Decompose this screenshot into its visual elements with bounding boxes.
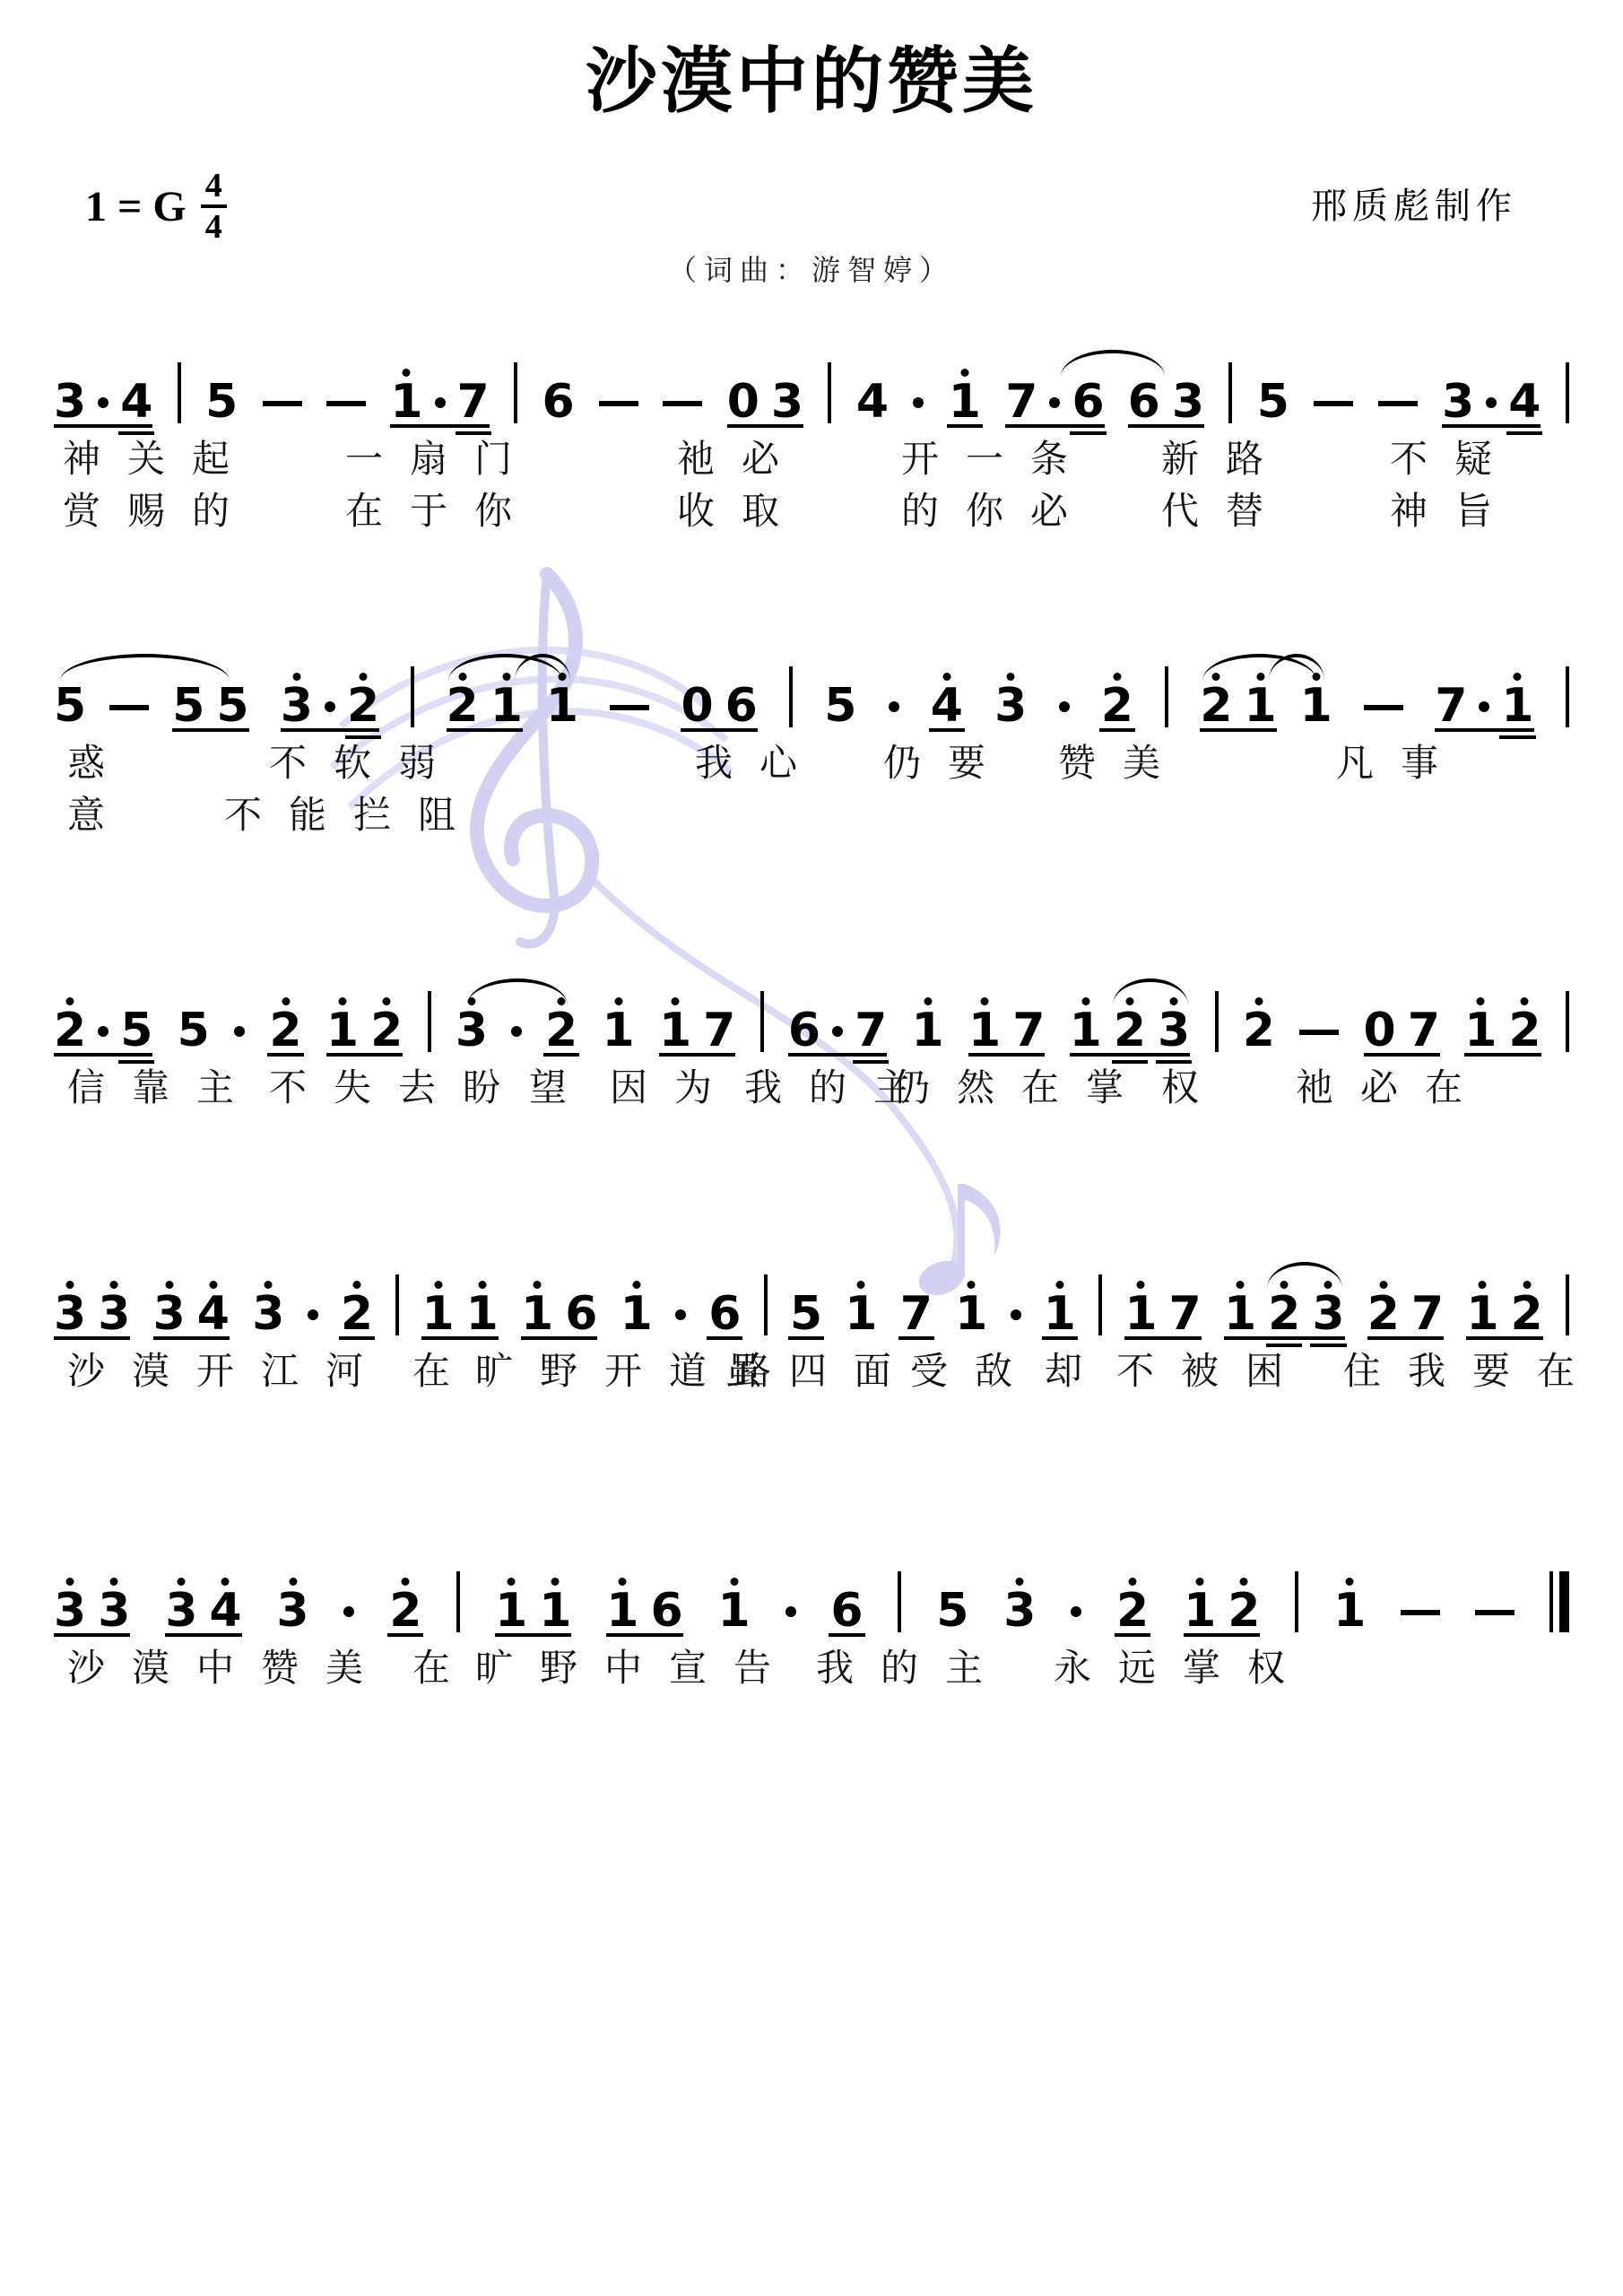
note: 3 bbox=[153, 1296, 186, 1332]
octave-dot bbox=[632, 1281, 640, 1289]
music-system: 333432111616532121沙漠中赞美在旷野中宣告我的主永远掌权 bbox=[54, 1539, 1569, 1697]
octave-dot bbox=[352, 1281, 360, 1289]
octave-dot bbox=[551, 1578, 560, 1586]
beam-line bbox=[54, 424, 152, 428]
lyric-segment: 在于你 bbox=[345, 488, 539, 535]
note-number: 7 bbox=[855, 1013, 887, 1048]
octave-dot bbox=[981, 997, 989, 1005]
barline bbox=[1228, 362, 1232, 423]
beam-line bbox=[390, 424, 489, 428]
note-underline-2 bbox=[1506, 431, 1542, 435]
note: 3 bbox=[1312, 1296, 1344, 1332]
note-number: 4 bbox=[120, 384, 152, 420]
note: 4 bbox=[1508, 384, 1541, 420]
octave-dot bbox=[209, 1281, 217, 1289]
beam-line bbox=[172, 728, 248, 732]
note: 3 bbox=[994, 688, 1027, 724]
octave-dot bbox=[110, 1578, 118, 1586]
beam-line bbox=[1367, 1336, 1444, 1340]
beam-line bbox=[54, 1053, 152, 1057]
note-number: 3 bbox=[54, 384, 86, 420]
lyric-row: 神关起一扇门祂必开一条新路不疑 bbox=[54, 436, 1569, 488]
barline bbox=[1566, 666, 1569, 727]
note: 3 bbox=[98, 1593, 130, 1629]
duration-dash bbox=[1475, 1610, 1515, 1615]
octave-dot bbox=[1007, 673, 1015, 681]
octave-dot bbox=[1137, 1281, 1145, 1289]
note: 1 bbox=[602, 1013, 634, 1048]
note-number: 2 bbox=[1511, 1296, 1543, 1332]
note: 1 bbox=[1333, 1593, 1366, 1629]
note-number: 1 bbox=[1244, 688, 1276, 724]
note-number: 3 bbox=[252, 1296, 284, 1332]
beam-line bbox=[281, 728, 379, 732]
note: 1 bbox=[912, 1013, 944, 1048]
note: 1 bbox=[1044, 1296, 1076, 1332]
note-underline-2 bbox=[1499, 735, 1535, 739]
octave-dot bbox=[66, 1281, 74, 1289]
slur-span: 211 bbox=[447, 688, 579, 724]
beam-group: 21 bbox=[447, 688, 523, 724]
slur-span: 7663 bbox=[1005, 384, 1204, 420]
duration-dash bbox=[263, 401, 302, 406]
note: 3 bbox=[1003, 1593, 1036, 1629]
note-number: 1 bbox=[421, 1296, 454, 1332]
barline bbox=[1295, 1571, 1298, 1632]
lyric-segment: 惑 bbox=[67, 740, 132, 787]
note: 2 bbox=[341, 1296, 373, 1332]
note-number: 0 bbox=[727, 384, 759, 420]
note: 2 bbox=[370, 1013, 403, 1048]
augmentation-dot bbox=[234, 1026, 245, 1037]
octave-dot bbox=[1521, 997, 1529, 1005]
note: 2 bbox=[1268, 1296, 1300, 1332]
beam-line bbox=[326, 1053, 403, 1057]
beam-line bbox=[681, 728, 757, 732]
augmentation-dot bbox=[832, 1026, 843, 1037]
note: 1 bbox=[1124, 1296, 1157, 1332]
beam-line bbox=[521, 1336, 597, 1340]
note-number: 2 bbox=[1101, 688, 1133, 724]
beam-line bbox=[1200, 728, 1276, 732]
note-row: 255212321176711712320712 bbox=[54, 959, 1569, 1065]
note-underline bbox=[707, 1336, 742, 1340]
lyric-segment: 不疑 bbox=[1390, 436, 1519, 483]
octave-dot bbox=[289, 1578, 297, 1586]
augmentation-dot bbox=[308, 1309, 318, 1320]
note-underline bbox=[898, 1336, 934, 1340]
note-underline-2 bbox=[118, 431, 154, 435]
barline bbox=[1165, 666, 1168, 727]
lyric-segment: 凡事 bbox=[1336, 740, 1465, 787]
note-underline bbox=[1042, 1336, 1078, 1340]
octave-dot bbox=[619, 1578, 627, 1586]
note-number: 5 bbox=[824, 688, 856, 724]
note-row: 33343211161651711171232712 bbox=[54, 1242, 1569, 1348]
barline bbox=[828, 362, 831, 423]
note-number: 2 bbox=[1243, 1013, 1275, 1048]
beam-line bbox=[1464, 1053, 1541, 1057]
note: 3 bbox=[54, 384, 86, 420]
note-row: 34517603417663534 bbox=[54, 330, 1569, 436]
beam-group: 34 bbox=[165, 1593, 241, 1629]
note-number: 6 bbox=[565, 1296, 597, 1332]
note-number: 3 bbox=[994, 688, 1027, 724]
note-underline-2 bbox=[345, 735, 381, 739]
note-number: 1 bbox=[968, 1013, 1001, 1048]
lyric-segment: 神旨 bbox=[1390, 488, 1519, 535]
lyric-segment: 祂必 bbox=[677, 436, 806, 483]
octave-dot bbox=[165, 1281, 173, 1289]
note: 7 bbox=[1012, 1013, 1045, 1048]
note-number: 1 bbox=[1501, 688, 1533, 724]
note: 5 bbox=[205, 384, 238, 420]
note-number: 5 bbox=[178, 1013, 210, 1048]
note: 1 bbox=[621, 1296, 653, 1332]
beam-group: 12 bbox=[326, 1013, 403, 1048]
time-signature-numerator: 4 bbox=[201, 169, 227, 208]
note: 7 bbox=[703, 1013, 735, 1048]
note-number: 1 bbox=[602, 1013, 634, 1048]
barline bbox=[456, 1571, 460, 1632]
octave-dot bbox=[265, 1281, 273, 1289]
note-number: 1 bbox=[955, 1296, 987, 1332]
beam-group: 25 bbox=[54, 1013, 152, 1048]
beam-group: 12 bbox=[1464, 1013, 1541, 1048]
rest-note: 0 bbox=[727, 384, 759, 420]
note-underline-2 bbox=[1156, 1060, 1192, 1064]
lyric-segment: 不被困 bbox=[1116, 1348, 1310, 1395]
note: 1 bbox=[1501, 688, 1533, 724]
note-number: 1 bbox=[1184, 1593, 1216, 1629]
beam-group: 03 bbox=[727, 384, 803, 420]
note-row: 5553221106543221171 bbox=[54, 634, 1569, 740]
note-number: 1 bbox=[1466, 1296, 1498, 1332]
octave-dot bbox=[66, 1578, 74, 1586]
beam-group: 34 bbox=[54, 384, 152, 420]
note: 7 bbox=[1005, 384, 1037, 420]
octave-dot bbox=[178, 1578, 186, 1586]
rest-note: 0 bbox=[681, 688, 713, 724]
note: 1 bbox=[1466, 1296, 1498, 1332]
note-underline bbox=[829, 1633, 864, 1637]
lyric-segment: 新路 bbox=[1161, 436, 1290, 483]
beam-line bbox=[1224, 1336, 1345, 1340]
beam-line bbox=[1184, 1633, 1260, 1637]
note: 1 bbox=[1464, 1013, 1497, 1048]
note-number: 7 bbox=[1411, 1296, 1444, 1332]
note: 2 bbox=[1114, 1013, 1146, 1048]
augmentation-dot bbox=[785, 1606, 796, 1617]
duration-dash bbox=[1378, 401, 1418, 406]
note-number: 2 bbox=[341, 1296, 373, 1332]
beam-line bbox=[1466, 1336, 1542, 1340]
note: 3 bbox=[456, 1013, 488, 1048]
note-number: 2 bbox=[1508, 1013, 1541, 1048]
lyric-segment: 在 bbox=[412, 1645, 477, 1692]
note: 3 bbox=[98, 1296, 130, 1332]
note-number: 3 bbox=[1158, 1013, 1190, 1048]
note-number: 7 bbox=[1012, 1013, 1045, 1048]
lyric-segment: 不能拦阻 bbox=[224, 792, 482, 839]
note: 7 bbox=[1169, 1296, 1202, 1332]
key-signature: 1 = G 4 4 bbox=[85, 169, 227, 244]
note: 1 bbox=[326, 1013, 359, 1048]
barline bbox=[898, 1571, 901, 1632]
note-number: 3 bbox=[98, 1593, 130, 1629]
octave-dot bbox=[730, 1578, 738, 1586]
lyric-segment: 代替 bbox=[1161, 488, 1290, 535]
lyric-segment: 开一条 bbox=[901, 436, 1095, 483]
note-number: 5 bbox=[54, 688, 86, 724]
beam-group: 17 bbox=[390, 384, 489, 420]
note-number: 1 bbox=[521, 1296, 553, 1332]
note-number: 5 bbox=[1257, 384, 1289, 420]
beam-group: 123 bbox=[1224, 1296, 1345, 1332]
note-number: 3 bbox=[1312, 1296, 1344, 1332]
note: 5 bbox=[54, 688, 86, 724]
time-signature: 4 4 bbox=[201, 169, 227, 244]
barline bbox=[395, 1274, 399, 1335]
note-number: 1 bbox=[1224, 1296, 1256, 1332]
music-system: 34517603417663534神关起一扇门祂必开一条新路不疑赏赐的在于你收取… bbox=[54, 330, 1569, 540]
note-number: 3 bbox=[54, 1296, 86, 1332]
octave-dot bbox=[672, 997, 680, 1005]
beam-line bbox=[968, 1053, 1045, 1057]
note-underline-2 bbox=[1112, 1060, 1148, 1064]
note: 1 bbox=[539, 1593, 571, 1629]
note: 1 bbox=[495, 1593, 527, 1629]
note-number: 3 bbox=[54, 1593, 86, 1629]
note: 2 bbox=[1511, 1296, 1543, 1332]
octave-dot bbox=[534, 1281, 542, 1289]
note: 7 bbox=[457, 384, 490, 420]
note-number: 2 bbox=[389, 1593, 421, 1629]
beam-group: 11 bbox=[421, 1296, 498, 1332]
note: 6 bbox=[650, 1593, 682, 1629]
note-number: 7 bbox=[1005, 384, 1037, 420]
note-underline bbox=[339, 1336, 375, 1340]
note-number: 2 bbox=[347, 688, 379, 724]
lyric-row: 意不能拦阻 bbox=[54, 792, 1569, 844]
lyric-row: 惑不软弱我心仍要赞美凡事 bbox=[54, 740, 1569, 792]
note-number: 1 bbox=[1333, 1593, 1366, 1629]
beam-group: 12 bbox=[1184, 1593, 1260, 1629]
note-number: 3 bbox=[165, 1593, 197, 1629]
lyric-segment: 受敌 bbox=[910, 1348, 1039, 1395]
octave-dot bbox=[478, 1281, 486, 1289]
note: 1 bbox=[390, 384, 422, 420]
note-number: 6 bbox=[1072, 384, 1104, 420]
note-number: 1 bbox=[466, 1296, 499, 1332]
note-number: 2 bbox=[54, 1013, 86, 1048]
beam-group: 34 bbox=[153, 1296, 230, 1332]
beam-group: 34 bbox=[1442, 384, 1541, 420]
note-number: 3 bbox=[98, 1296, 130, 1332]
lyric-segment: 住我要在 bbox=[1343, 1348, 1601, 1395]
note: 3 bbox=[281, 688, 313, 724]
note-number: 2 bbox=[1114, 1013, 1146, 1048]
note-underline-2 bbox=[118, 1060, 154, 1064]
note-number: 1 bbox=[659, 1013, 691, 1048]
note: 7 bbox=[1408, 1013, 1440, 1048]
note-number: 3 bbox=[281, 688, 313, 724]
beam-group: 17 bbox=[659, 1013, 735, 1048]
note-number: 6 bbox=[725, 688, 758, 724]
note-number: 2 bbox=[1268, 1296, 1300, 1332]
note-number: 3 bbox=[1442, 384, 1474, 420]
note: 6 bbox=[788, 1013, 820, 1048]
note-number: 6 bbox=[650, 1593, 682, 1629]
note: 1 bbox=[1070, 1013, 1102, 1048]
note: 4 bbox=[120, 384, 152, 420]
octave-dot bbox=[1379, 1281, 1387, 1289]
note: 6 bbox=[830, 1593, 863, 1629]
beam-group: 27 bbox=[1367, 1296, 1444, 1332]
note-number: 1 bbox=[546, 688, 578, 724]
music-system: 5553221106543221171惑不软弱我心仍要赞美凡事意不能拦阻 bbox=[54, 634, 1569, 844]
beam-line bbox=[1442, 424, 1541, 428]
note-number: 1 bbox=[912, 1013, 944, 1048]
octave-dot bbox=[402, 1578, 410, 1586]
note-number: 7 bbox=[703, 1013, 735, 1048]
note: 2 bbox=[269, 1013, 301, 1048]
note: 6 bbox=[542, 384, 574, 420]
augmentation-dot bbox=[98, 397, 108, 408]
duration-dash bbox=[1401, 1610, 1440, 1615]
octave-dot bbox=[1081, 997, 1089, 1005]
lyric-segment: 永远掌权 bbox=[1054, 1645, 1312, 1692]
octave-dot bbox=[1237, 1281, 1245, 1289]
note-number: 1 bbox=[1464, 1013, 1497, 1048]
composer-subtitle: （词曲：游智婷） bbox=[0, 248, 1623, 289]
beam-group: 12 bbox=[1466, 1296, 1542, 1332]
note: 1 bbox=[949, 384, 981, 420]
note-row: 333432111616532121 bbox=[54, 1539, 1569, 1645]
note: 4 bbox=[931, 688, 963, 724]
octave-dot bbox=[942, 673, 950, 681]
octave-dot bbox=[110, 1281, 118, 1289]
augmentation-dot bbox=[435, 397, 446, 408]
note-number: 1 bbox=[539, 1593, 571, 1629]
final-barline bbox=[1549, 1571, 1569, 1632]
lyric-segment: 权 bbox=[1161, 1065, 1226, 1111]
note-number: 1 bbox=[1070, 1013, 1102, 1048]
note-underline-2 bbox=[456, 431, 491, 435]
augmentation-dot bbox=[343, 1606, 354, 1617]
note-number: 7 bbox=[457, 384, 490, 420]
note: 5 bbox=[936, 1593, 968, 1629]
octave-dot bbox=[857, 1281, 865, 1289]
octave-dot bbox=[66, 997, 74, 1005]
note-number: 3 bbox=[1172, 384, 1204, 420]
note-number: 0 bbox=[1364, 1013, 1396, 1048]
lyric-segment: 收取 bbox=[677, 488, 806, 535]
note: 3 bbox=[252, 1296, 284, 1332]
note-number: 3 bbox=[1003, 1593, 1036, 1629]
note-number: 6 bbox=[830, 1593, 863, 1629]
beam-group: 55 bbox=[172, 688, 248, 724]
note: 3 bbox=[771, 384, 803, 420]
lyric-segment: 祂必在 bbox=[1296, 1065, 1489, 1111]
note-number: 1 bbox=[1300, 688, 1332, 724]
augmentation-dot bbox=[98, 1026, 108, 1037]
octave-dot bbox=[1113, 673, 1121, 681]
barline bbox=[411, 666, 414, 727]
barline bbox=[1566, 991, 1569, 1052]
beam-line bbox=[1070, 1053, 1191, 1057]
note-number: 4 bbox=[197, 1296, 230, 1332]
note-number: 5 bbox=[216, 688, 248, 724]
duration-dash bbox=[1299, 1030, 1339, 1035]
octave-dot bbox=[1240, 1578, 1248, 1586]
note: 7 bbox=[900, 1296, 933, 1332]
note-number: 5 bbox=[936, 1593, 968, 1629]
octave-dot bbox=[1196, 1578, 1204, 1586]
note-number: 1 bbox=[606, 1593, 638, 1629]
barline bbox=[760, 991, 764, 1052]
note-number: 2 bbox=[1367, 1296, 1400, 1332]
note: 1 bbox=[466, 1296, 499, 1332]
octave-dot bbox=[383, 997, 391, 1005]
beam-line bbox=[659, 1053, 735, 1057]
lyric-row: 沙漠中赞美在旷野中宣告我的主永远掌权 bbox=[54, 1645, 1569, 1697]
note-number: 2 bbox=[1200, 688, 1232, 724]
beam-group: 17 bbox=[968, 1013, 1045, 1048]
octave-dot bbox=[282, 997, 290, 1005]
note: 2 bbox=[389, 1593, 421, 1629]
note: 1 bbox=[521, 1296, 553, 1332]
note-number: 2 bbox=[1228, 1593, 1260, 1629]
note-number: 5 bbox=[790, 1296, 822, 1332]
octave-dot bbox=[1346, 1578, 1354, 1586]
beam-line bbox=[788, 1053, 887, 1057]
note: 2 bbox=[1101, 688, 1133, 724]
duration-dash bbox=[663, 401, 702, 406]
slur-arc bbox=[1267, 1262, 1341, 1289]
note: 2 bbox=[1228, 1593, 1260, 1629]
note-number: 5 bbox=[172, 688, 204, 724]
octave-dot bbox=[508, 1578, 516, 1586]
note: 2 bbox=[1200, 688, 1232, 724]
note: 3 bbox=[54, 1593, 86, 1629]
note: 1 bbox=[490, 688, 523, 724]
augmentation-dot bbox=[1479, 701, 1489, 712]
octave-dot bbox=[1129, 1578, 1137, 1586]
barline bbox=[789, 666, 793, 727]
augmentation-dot bbox=[325, 701, 335, 712]
beam-group: 123 bbox=[1070, 1013, 1191, 1048]
slur-span: 555 bbox=[54, 688, 249, 724]
octave-dot bbox=[1055, 1281, 1063, 1289]
lyric-segment: 旷野中宣告 bbox=[475, 1645, 798, 1692]
lyric-segment: 虽 bbox=[725, 1348, 789, 1395]
note: 1 bbox=[1244, 688, 1276, 724]
slur-span: 32 bbox=[456, 1013, 577, 1048]
note: 6 bbox=[565, 1296, 597, 1332]
augmentation-dot bbox=[1049, 397, 1060, 408]
augmentation-dot bbox=[1486, 397, 1497, 408]
music-system: 255212321176711712320712信靠主不失去盼望因为我的主仍然在… bbox=[54, 959, 1569, 1117]
beam-line bbox=[1364, 1053, 1440, 1057]
barline bbox=[1098, 1274, 1102, 1335]
note: 5 bbox=[178, 1013, 210, 1048]
beam-line bbox=[165, 1633, 241, 1637]
duration-dash bbox=[1364, 705, 1403, 710]
beam-line bbox=[54, 1336, 130, 1340]
note-underline-2 bbox=[1070, 431, 1106, 435]
note: 4 bbox=[197, 1296, 230, 1332]
